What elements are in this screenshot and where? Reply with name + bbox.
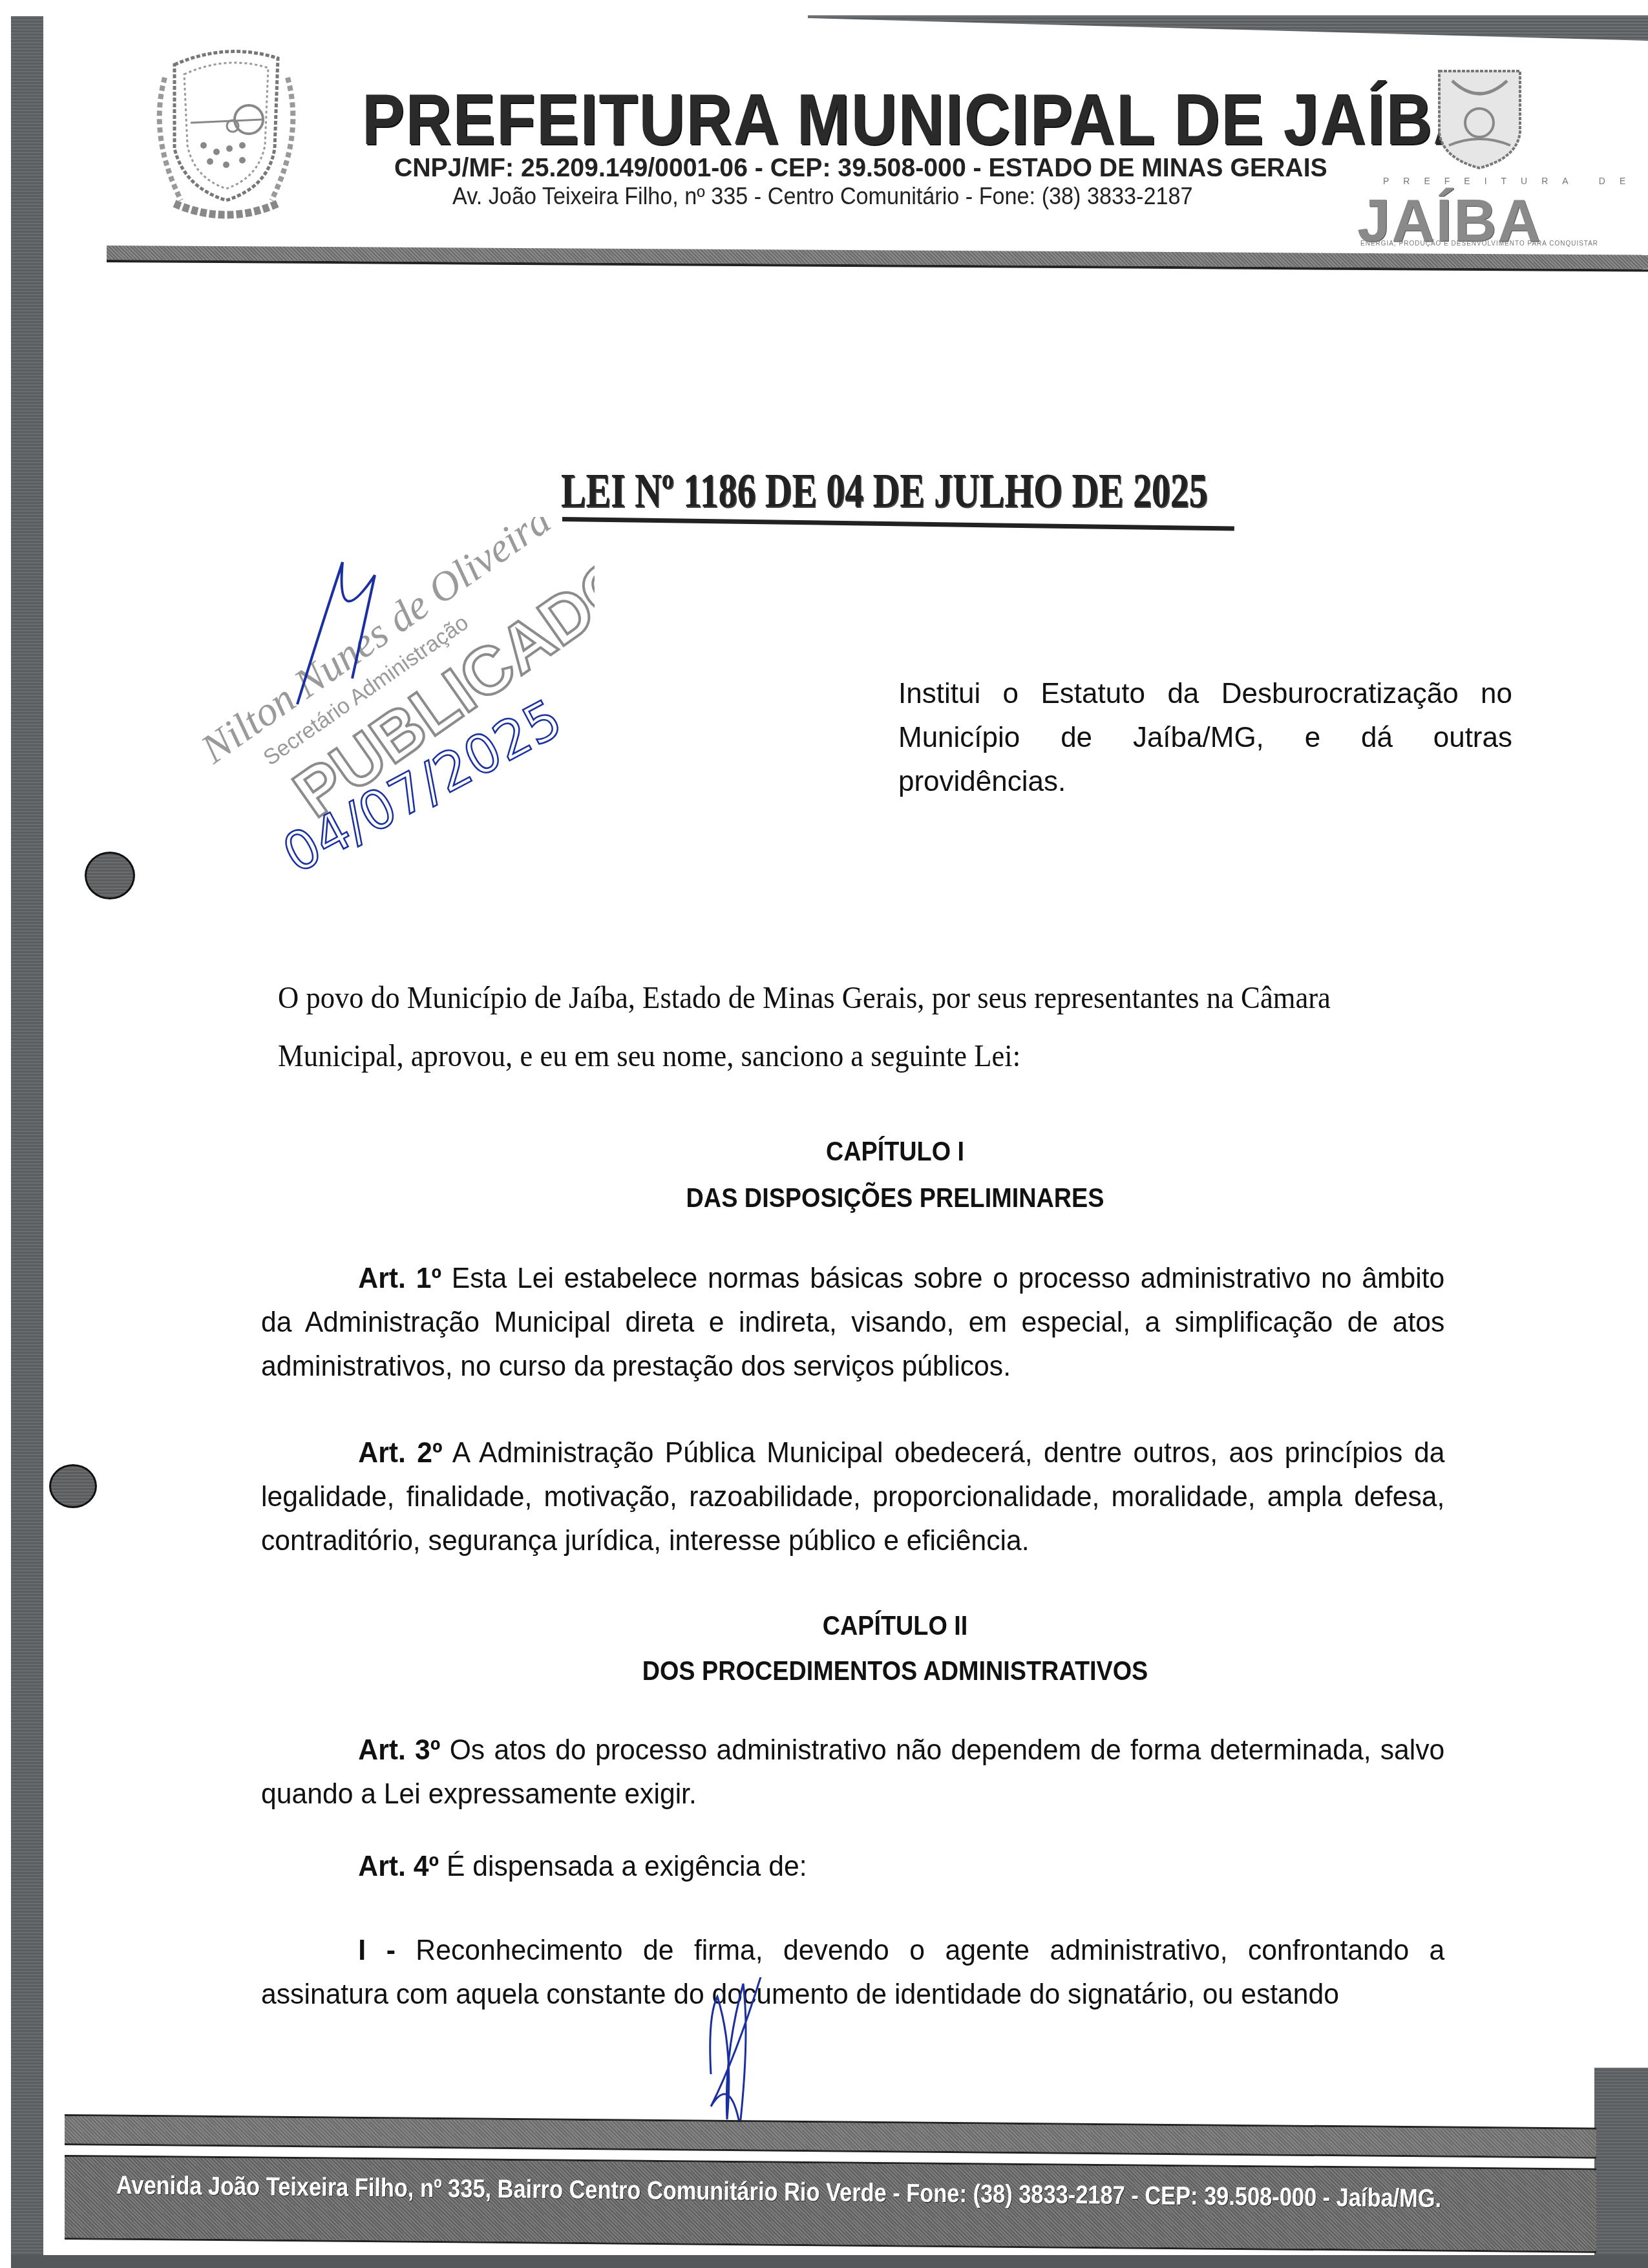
handwritten-signature xyxy=(698,1977,769,2132)
header-cnpj-line: CNPJ/MF: 25.209.149/0001-06 - CEP: 39.50… xyxy=(394,154,1327,183)
article-3: Art. 3º Os atos do processo administrati… xyxy=(261,1728,1444,1816)
item-text: Reconhecimento de firma, devendo o agent… xyxy=(261,1935,1444,2010)
chapter-1-number: CAPÍTULO I xyxy=(340,1136,1451,1167)
right-logo-slogan: ENERGIA, PRODUÇÃO E DESENVOLVIMENTO PARA… xyxy=(1360,240,1598,247)
punch-hole xyxy=(85,852,135,899)
article-label: Art. 2º xyxy=(358,1437,442,1469)
scanner-edge-top xyxy=(808,0,1648,45)
article-text: É dispensada a exigência de: xyxy=(447,1851,807,1882)
right-logo-prefix: PREFEITURA DE xyxy=(1383,176,1640,186)
law-title: LEI Nº 1186 DE 04 DE JULHO DE 2025 xyxy=(561,464,1207,519)
scanner-edge-left xyxy=(11,16,43,2268)
law-title-underline xyxy=(562,517,1234,531)
footer-bar xyxy=(65,2114,1596,2159)
article-label: Art. 4º xyxy=(358,1851,439,1882)
chapter-1-title: DAS DISPOSIÇÕES PRELIMINARES xyxy=(340,1182,1451,1213)
right-logo-emblem-icon xyxy=(1436,68,1523,171)
publication-stamp: Nilton Nunes de Oliveira Secretário Admi… xyxy=(181,517,595,879)
chapter-2-number: CAPÍTULO II xyxy=(340,1610,1451,1641)
punch-hole xyxy=(49,1464,97,1508)
scanner-edge-right xyxy=(1594,2068,1648,2268)
article-4-item-1: I - Reconhecimento de firma, devendo o a… xyxy=(261,1929,1444,2017)
article-label: Art. 1º xyxy=(358,1263,441,1294)
chapter-2-title: DOS PROCEDIMENTOS ADMINISTRATIVOS xyxy=(340,1655,1451,1686)
preamble: O povo do Município de Jaíba, Estado de … xyxy=(278,969,1420,1086)
scanner-edge-bottom xyxy=(11,2255,1648,2268)
item-label: I - xyxy=(358,1935,396,1966)
article-4: Art. 4º É dispensada a exigência de: xyxy=(261,1845,1444,1889)
article-label: Art. 3º xyxy=(358,1734,440,1766)
header-title: PREFEITURA MUNICIPAL DE JAÍBA xyxy=(362,78,1480,161)
article-1: Art. 1º Esta Lei estabelece normas básic… xyxy=(261,1257,1444,1389)
header-address-line: Av. João Teixeira Filho, nº 335 - Centro… xyxy=(452,183,1193,210)
coat-of-arms-icon xyxy=(129,39,323,226)
article-2: Art. 2º A Administração Pública Municipa… xyxy=(261,1431,1444,1563)
law-summary: Institui o Estatuto da Desburocratização… xyxy=(898,672,1512,804)
